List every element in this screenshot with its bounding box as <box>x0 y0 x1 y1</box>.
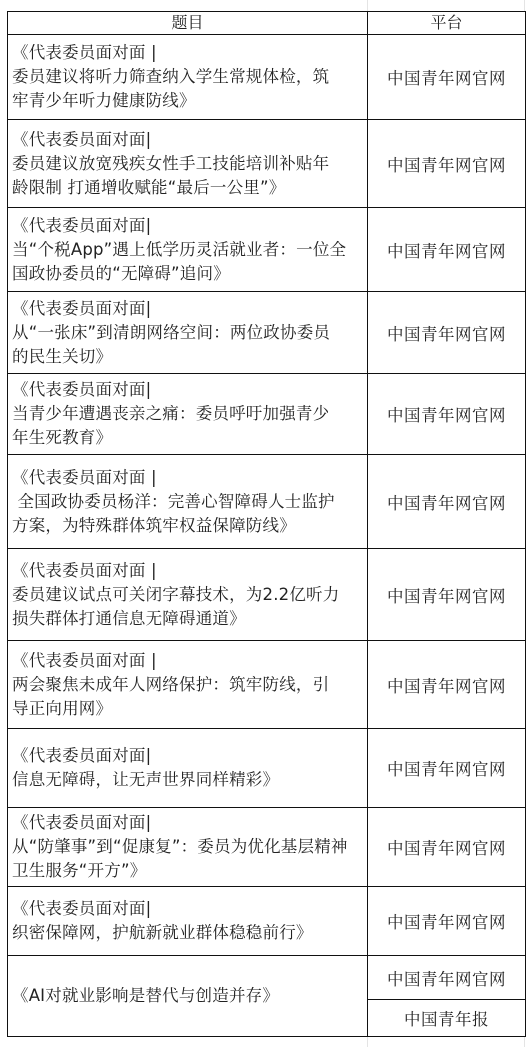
title-line: 《代表委员面对面| <box>12 897 363 921</box>
title-line: 《代表委员面对面 | <box>12 466 363 490</box>
title-line: 织密保障网，护航新就业群体稳稳前行》 <box>12 921 363 945</box>
header-row: 题目 平台 <box>8 12 526 35</box>
platform-cell[interactable]: 中国青年网官网 <box>368 292 526 374</box>
title-line: 《代表委员面对面| <box>12 744 363 768</box>
platform-cell[interactable]: 中国青年报 <box>368 1000 526 1037</box>
platform-cell[interactable]: 中国青年网官网 <box>368 808 526 887</box>
publication-table: 题目 平台 《代表委员面对面 | 委员建议将听力筛查纳入学生常规体检，筑 牢青少… <box>7 11 526 1037</box>
title-line: 两会聚焦未成年人网络保护：筑牢防线，引 <box>12 673 363 697</box>
title-line: 《代表委员面对面 | <box>12 649 363 673</box>
table-row: 《代表委员面对面| 从“一张床”到清朗网络空间：两位政协委员 的民生关切》 中国… <box>8 292 526 374</box>
title-line: 国政协委员的“无障碍”追问》 <box>12 262 363 286</box>
table-row: 《AI对就业影响是替代与创造并存》 中国青年网官网 <box>8 956 526 1000</box>
title-cell[interactable]: 《代表委员面对面 | 委员建议试点可关闭字幕技术，为2.2亿听力 损失群体打通信… <box>8 549 368 641</box>
table-row: 《代表委员面对面| 信息无障碍，让无声世界同样精彩》 中国青年网官网 <box>8 729 526 808</box>
title-cell[interactable]: 《代表委员面对面| 从“一张床”到清朗网络空间：两位政协委员 的民生关切》 <box>8 292 368 374</box>
header-title: 题目 <box>8 12 368 35</box>
title-line: 的民生关切》 <box>12 345 363 369</box>
title-cell[interactable]: 《AI对就业影响是替代与创造并存》 <box>8 956 368 1037</box>
table-row: 《代表委员面对面| 当“个税App”遇上低学历灵活就业者：一位全 国政协委员的“… <box>8 208 526 292</box>
title-line: 全国政协委员杨洋：完善心智障碍人士监护 <box>12 490 363 514</box>
title-line: 导正向用网》 <box>12 697 363 721</box>
spreadsheet-table-container: 题目 平台 《代表委员面对面 | 委员建议将听力筛查纳入学生常规体检，筑 牢青少… <box>7 11 525 1037</box>
table-row: 《代表委员面对面 | 两会聚焦未成年人网络保护：筑牢防线，引 导正向用网》 中国… <box>8 641 526 729</box>
title-line: 年生死教育》 <box>12 426 363 450</box>
title-line: 《代表委员面对面 | <box>12 559 363 583</box>
title-line: 《代表委员面对面 | <box>12 41 363 65</box>
title-line: 信息无障碍，让无声世界同样精彩》 <box>12 768 363 792</box>
title-line: 损失群体打通信息无障碍通道》 <box>12 607 363 631</box>
title-cell[interactable]: 《代表委员面对面| 信息无障碍，让无声世界同样精彩》 <box>8 729 368 808</box>
title-cell[interactable]: 《代表委员面对面| 当青少年遭遇丧亲之痛：委员呼吁加强青少 年生死教育》 <box>8 374 368 455</box>
title-cell[interactable]: 《代表委员面对面 | 委员建议将听力筛查纳入学生常规体检，筑 牢青少年听力健康防… <box>8 35 368 120</box>
title-line: 当“个税App”遇上低学历灵活就业者：一位全 <box>12 238 363 262</box>
title-line: 《代表委员面对面| <box>12 297 363 321</box>
platform-cell[interactable]: 中国青年网官网 <box>368 455 526 549</box>
platform-cell[interactable]: 中国青年网官网 <box>368 120 526 208</box>
table-row: 《代表委员面对面 | 全国政协委员杨洋：完善心智障碍人士监护 方案，为特殊群体筑… <box>8 455 526 549</box>
title-line: 从“防肇事”到“促康复”：委员为优化基层精神 <box>12 835 363 859</box>
title-cell[interactable]: 《代表委员面对面| 织密保障网，护航新就业群体稳稳前行》 <box>8 887 368 956</box>
platform-cell[interactable]: 中国青年网官网 <box>368 35 526 120</box>
title-line: 当青少年遭遇丧亲之痛：委员呼吁加强青少 <box>12 402 363 426</box>
title-cell[interactable]: 《代表委员面对面| 从“防肇事”到“促康复”：委员为优化基层精神 卫生服务“开方… <box>8 808 368 887</box>
platform-cell[interactable]: 中国青年网官网 <box>368 549 526 641</box>
title-line: 方案，为特殊群体筑牢权益保障防线》 <box>12 514 363 538</box>
title-line: 《代表委员面对面| <box>12 378 363 402</box>
title-cell[interactable]: 《代表委员面对面| 当“个税App”遇上低学历灵活就业者：一位全 国政协委员的“… <box>8 208 368 292</box>
title-line: 委员建议试点可关闭字幕技术，为2.2亿听力 <box>12 583 363 607</box>
table-row: 《代表委员面对面| 委员建议放宽残疾女性手工技能培训补贴年 龄限制 打通增收赋能… <box>8 120 526 208</box>
title-line: 委员建议放宽残疾女性手工技能培训补贴年 <box>12 152 363 176</box>
platform-cell[interactable]: 中国青年网官网 <box>368 208 526 292</box>
table-row: 《代表委员面对面| 从“防肇事”到“促康复”：委员为优化基层精神 卫生服务“开方… <box>8 808 526 887</box>
title-line: 《AI对就业影响是替代与创造并存》 <box>12 984 363 1008</box>
title-line: 《代表委员面对面| <box>12 811 363 835</box>
title-line: 《代表委员面对面| <box>12 128 363 152</box>
title-line: 卫生服务“开方”》 <box>12 859 363 883</box>
title-cell[interactable]: 《代表委员面对面| 委员建议放宽残疾女性手工技能培训补贴年 龄限制 打通增收赋能… <box>8 120 368 208</box>
platform-cell[interactable]: 中国青年网官网 <box>368 956 526 1000</box>
table-row: 《代表委员面对面 | 委员建议试点可关闭字幕技术，为2.2亿听力 损失群体打通信… <box>8 549 526 641</box>
title-line: 牢青少年听力健康防线》 <box>12 89 363 113</box>
title-cell[interactable]: 《代表委员面对面 | 两会聚焦未成年人网络保护：筑牢防线，引 导正向用网》 <box>8 641 368 729</box>
title-line: 《代表委员面对面| <box>12 214 363 238</box>
title-line: 龄限制 打通增收赋能“最后一公里”》 <box>12 176 363 200</box>
platform-cell[interactable]: 中国青年网官网 <box>368 641 526 729</box>
title-line: 委员建议将听力筛查纳入学生常规体检，筑 <box>12 65 363 89</box>
header-platform: 平台 <box>368 12 526 35</box>
table-row: 《代表委员面对面| 织密保障网，护航新就业群体稳稳前行》 中国青年网官网 <box>8 887 526 956</box>
table-row: 《代表委员面对面 | 委员建议将听力筛查纳入学生常规体检，筑 牢青少年听力健康防… <box>8 35 526 120</box>
platform-cell[interactable]: 中国青年网官网 <box>368 729 526 808</box>
title-cell[interactable]: 《代表委员面对面 | 全国政协委员杨洋：完善心智障碍人士监护 方案，为特殊群体筑… <box>8 455 368 549</box>
platform-cell[interactable]: 中国青年网官网 <box>368 887 526 956</box>
platform-cell[interactable]: 中国青年网官网 <box>368 374 526 455</box>
table-row: 《代表委员面对面| 当青少年遭遇丧亲之痛：委员呼吁加强青少 年生死教育》 中国青… <box>8 374 526 455</box>
title-line: 从“一张床”到清朗网络空间：两位政协委员 <box>12 321 363 345</box>
